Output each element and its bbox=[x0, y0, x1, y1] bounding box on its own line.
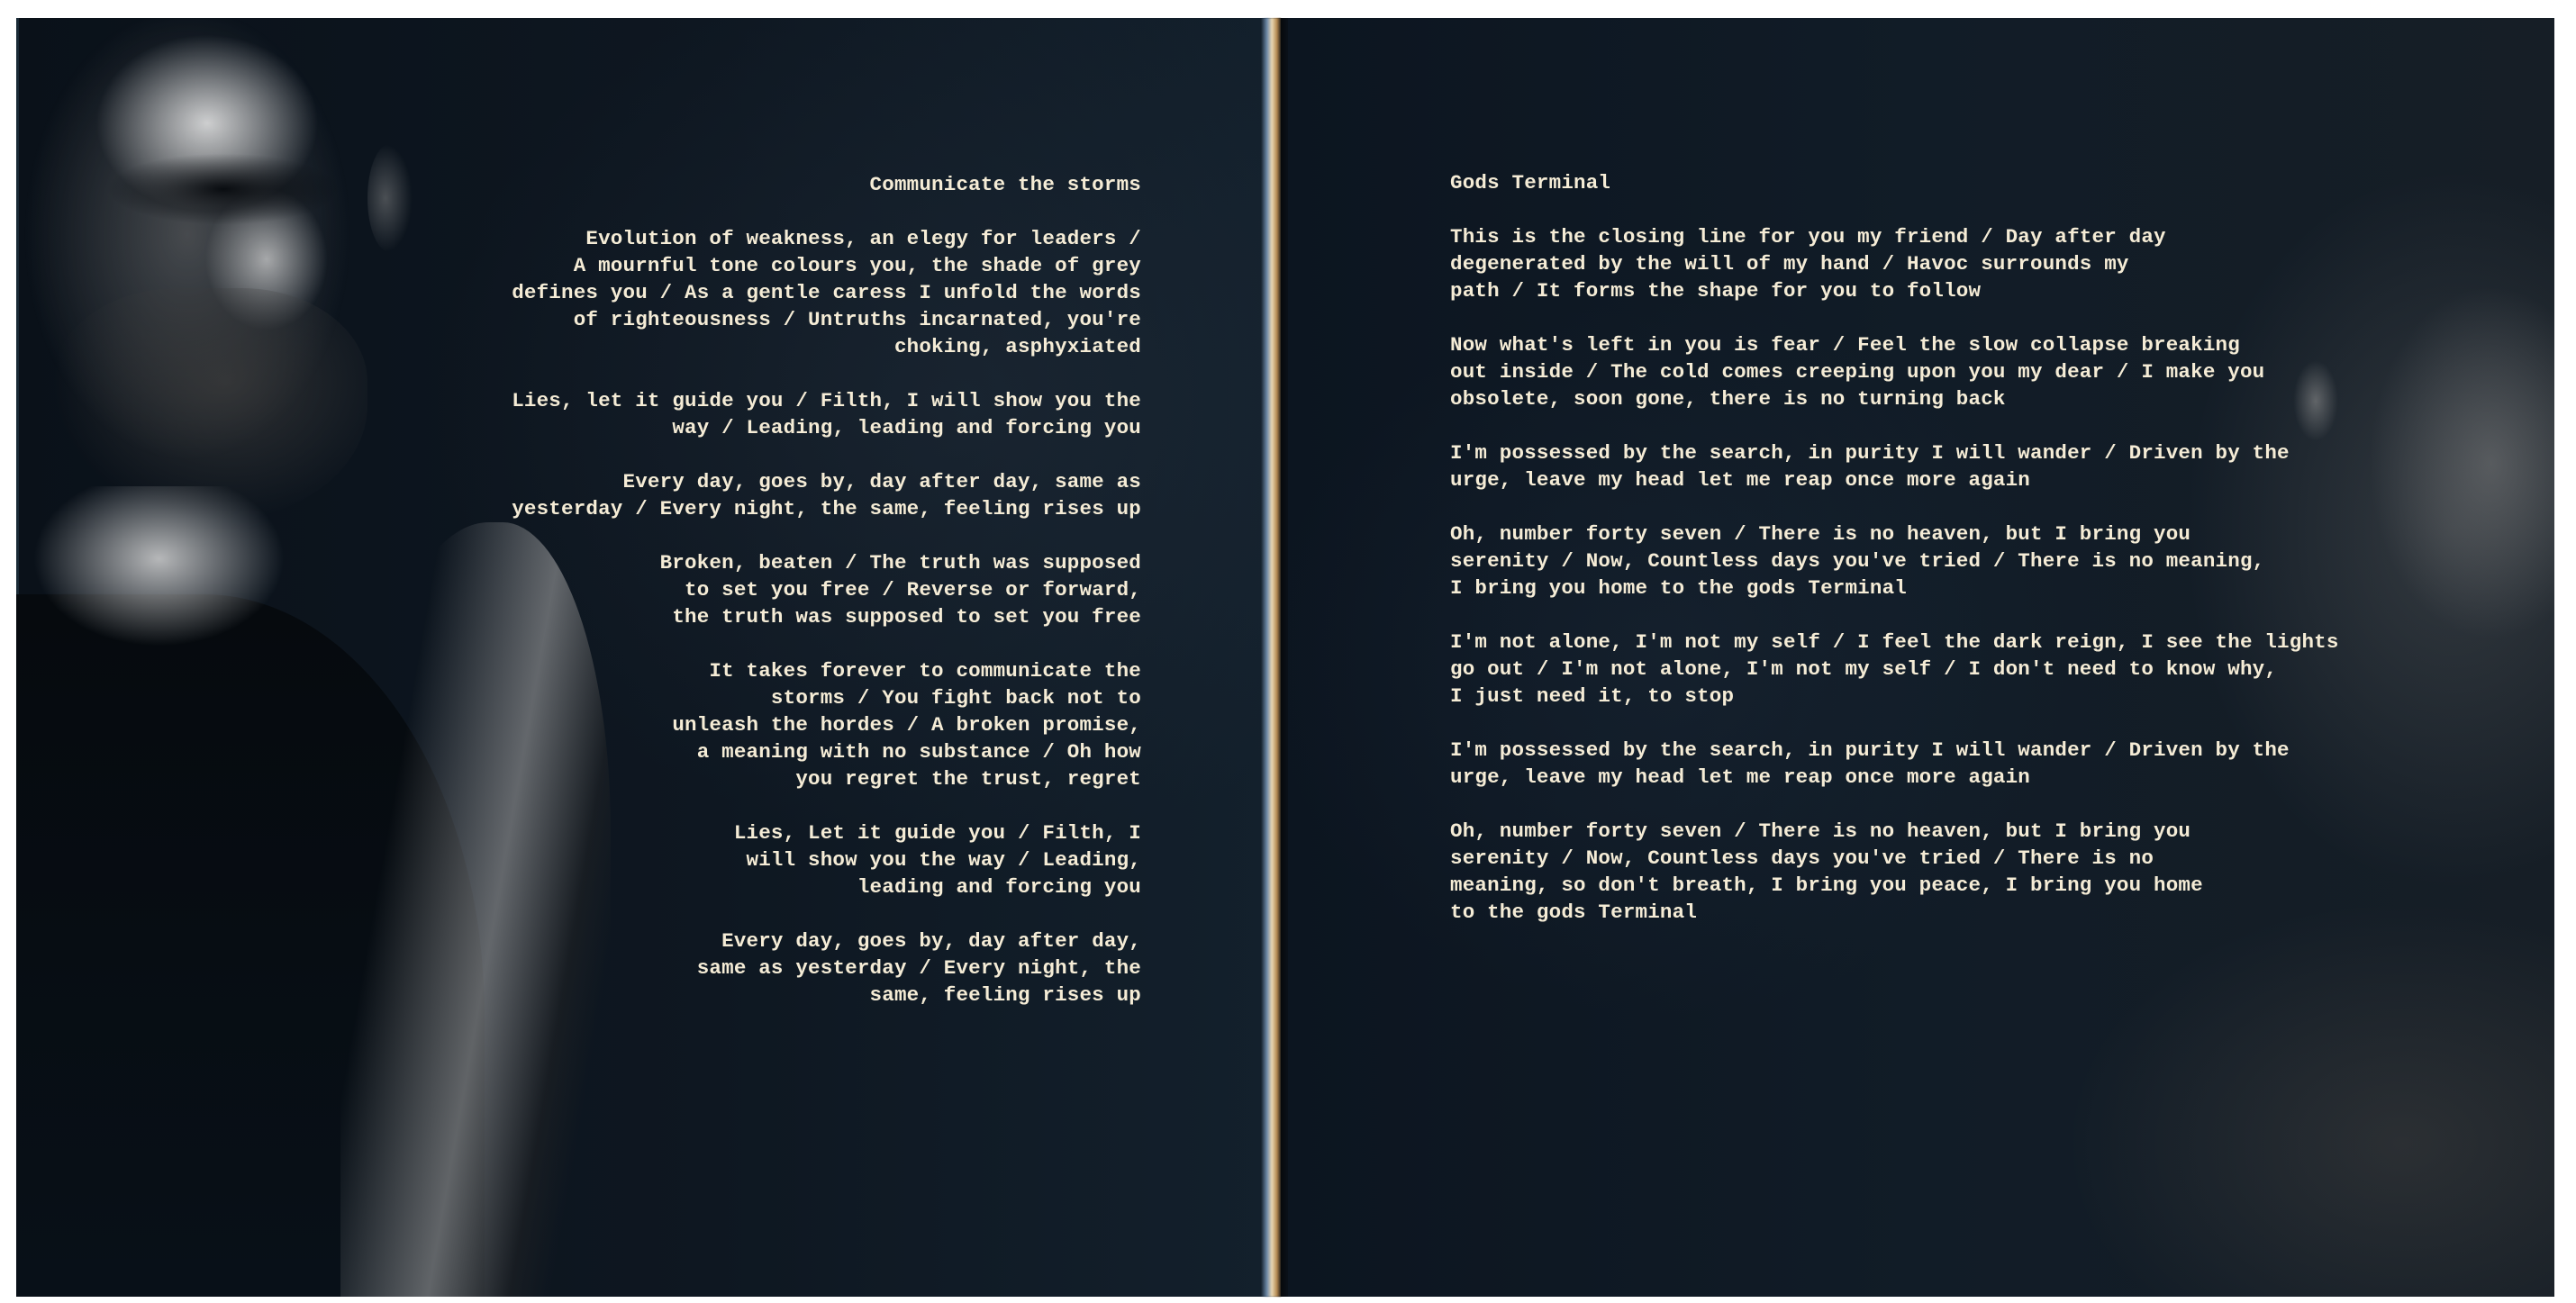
stanza: Evolution of weakness, an elegy for lead… bbox=[331, 225, 1141, 360]
stanza: Every day, goes by, day after day, same … bbox=[331, 468, 1141, 522]
stanza: Lies, Let it guide you / Filth, I will s… bbox=[331, 819, 1141, 900]
stanza: Oh, number forty seven / There is no hea… bbox=[1450, 520, 2459, 602]
beard-shadow bbox=[52, 288, 367, 522]
eye-shadow bbox=[106, 153, 340, 225]
stanza: Oh, number forty seven / There is no hea… bbox=[1450, 818, 2459, 926]
stanza: It takes forever to communicate the stor… bbox=[331, 657, 1141, 792]
song-title: Gods Terminal bbox=[1450, 169, 2459, 196]
stanza: Broken, beaten / The truth was supposed … bbox=[331, 549, 1141, 630]
stanza: I'm not alone, I'm not my self / I feel … bbox=[1450, 629, 2459, 710]
stanza: Every day, goes by, day after day, same … bbox=[331, 927, 1141, 1009]
spine-fold-highlight bbox=[1261, 18, 1281, 1297]
booklet-spine bbox=[1261, 18, 1292, 1297]
song-title: Communicate the storms bbox=[331, 171, 1141, 198]
left-page: Communicate the storms Evolution of weak… bbox=[16, 18, 1281, 1297]
stanza: I'm possessed by the search, in purity I… bbox=[1450, 439, 2459, 493]
booklet-spread: Communicate the storms Evolution of weak… bbox=[16, 18, 2554, 1297]
stanza: I'm possessed by the search, in purity I… bbox=[1450, 737, 2459, 791]
stanza: Lies, let it guide you / Filth, I will s… bbox=[331, 387, 1141, 441]
right-page: Gods Terminal This is the closing line f… bbox=[1288, 18, 2554, 1297]
lyrics-gods-terminal: Gods Terminal This is the closing line f… bbox=[1450, 169, 2459, 953]
stanza: This is the closing line for you my frie… bbox=[1450, 223, 2459, 304]
stanza: Now what's left in you is fear / Feel th… bbox=[1450, 331, 2459, 412]
lyrics-communicate-the-storms: Communicate the storms Evolution of weak… bbox=[331, 171, 1141, 1036]
